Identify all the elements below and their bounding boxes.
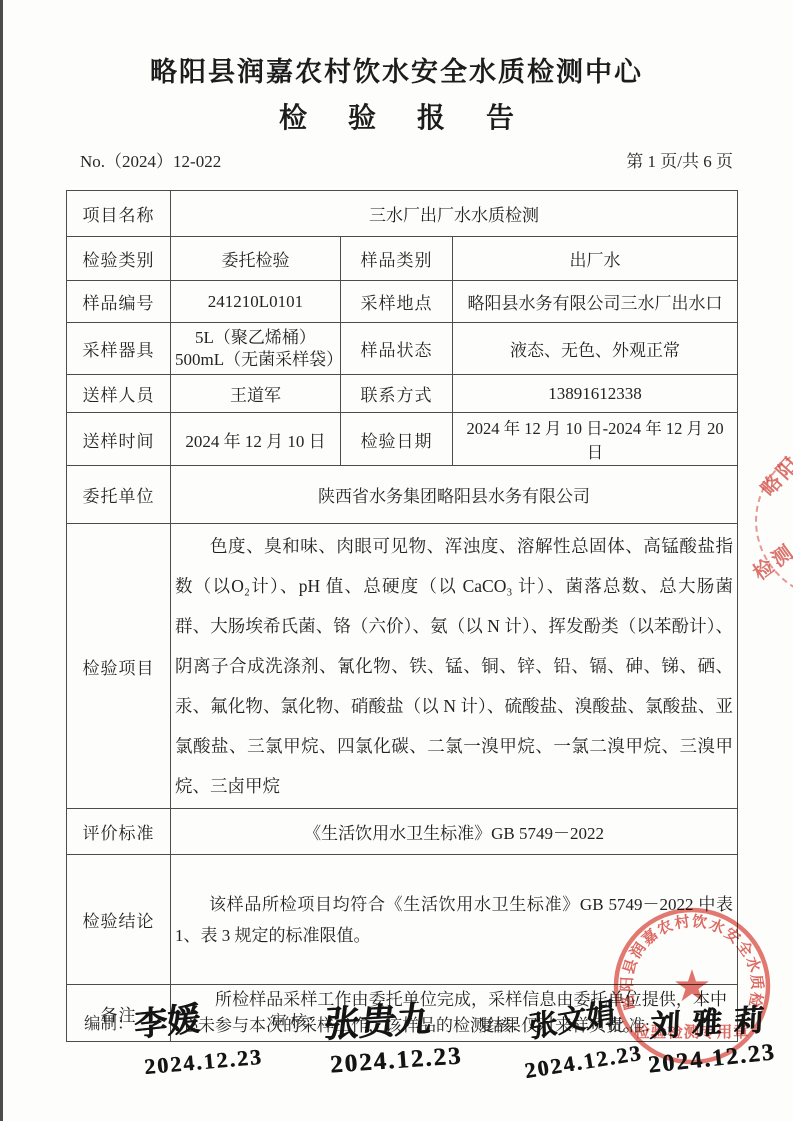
conclusion-value: 该样品所检项目均符合《生活饮用水卫生标准》GB 5749－2022 中表 1、表… — [175, 889, 733, 951]
table-row: 送样人员 王道军 联系方式 13891612338 — [67, 375, 738, 413]
org-title: 略阳县润嘉农村饮水安全水质检测中心 — [0, 50, 793, 89]
contact-value: 13891612338 — [453, 375, 738, 413]
table-row: 样品编号 241210L0101 采样地点 略阳县水务有限公司三水厂出水口 — [67, 281, 738, 323]
sample-sender-label: 送样人员 — [67, 375, 171, 413]
sample-type-value: 出厂水 — [453, 237, 738, 281]
client-value: 陕西省水务集团略阳县水务有限公司 — [171, 466, 738, 524]
inspection-items-value: 色度、臭和味、肉眼可见物、浑浊度、溶解性总固体、高锰酸盐指数（以O₂计）、pH … — [175, 526, 733, 806]
sample-sender-value: 王道军 — [171, 375, 341, 413]
sample-type-label: 样品类别 — [341, 237, 453, 281]
contact-label: 联系方式 — [341, 375, 453, 413]
table-row: 评价标准 《生活饮用水卫生标准》GB 5749－2022 — [67, 809, 738, 855]
client-label: 委托单位 — [67, 466, 171, 524]
scan-edge-shadow — [0, 0, 3, 1121]
reviewed-date: 2024.12.23 — [329, 1042, 463, 1079]
report-page: 略阳县润嘉农村饮水安全水质检测中心 检 验 报 告 No.（2024）12-02… — [0, 0, 793, 1121]
conclusion-cell: 该样品所检项目均符合《生活饮用水卫生标准》GB 5749－2022 中表 1、表… — [171, 855, 738, 985]
report-table: 项目名称 三水厂出厂水水质检测 检验类别 委托检验 样品类别 出厂水 样品编号 … — [66, 190, 738, 1042]
edge-stamp-text-bottom: 检测 — [746, 535, 793, 585]
signature-reviewed: 审 核： 张贵九 2024.12.23 — [270, 994, 462, 1075]
sampling-location-value: 略阳县水务有限公司三水厂出水口 — [453, 281, 738, 323]
table-row: 检验类别 委托检验 样品类别 出厂水 — [67, 237, 738, 281]
conclusion-label: 检验结论 — [67, 855, 171, 985]
table-row: 委托单位 陕西省水务集团略阳县水务有限公司 — [67, 466, 738, 524]
inspection-items-cell: 色度、臭和味、肉眼可见物、浑浊度、溶解性总固体、高锰酸盐指数（以O₂计）、pH … — [171, 524, 738, 809]
edge-stamp-fragment: 略阳 检测 — [746, 438, 793, 610]
sample-no-label: 样品编号 — [67, 281, 171, 323]
table-row: 采样器具 5L（聚乙烯桶） 500mL（无菌采样袋） 样品状态 液态、无色、外观… — [67, 323, 738, 375]
sample-no-value: 241210L0101 — [171, 281, 341, 323]
table-row: 项目名称 三水厂出厂水水质检测 — [67, 191, 738, 237]
inspection-type-value: 委托检验 — [171, 237, 341, 281]
inspection-items-label: 检验项目 — [67, 524, 171, 809]
table-row: 检验结论 该样品所检项目均符合《生活饮用水卫生标准》GB 5749－2022 中… — [67, 855, 738, 985]
table-row: 送样时间 2024 年 12 月 10 日 检验日期 2024 年 12 月 1… — [67, 413, 738, 466]
page-indicator: 第 1 页/共 6 页 — [626, 147, 733, 172]
approved-date: 2024.12.23 — [647, 1039, 777, 1079]
verified-signature: 张文娟 — [527, 990, 614, 1046]
evaluation-standard-label: 评价标准 — [67, 809, 171, 855]
container-line-2: 500mL（无菌采样袋） — [175, 349, 336, 371]
inspection-type-label: 检验类别 — [67, 237, 171, 281]
sampling-location-label: 采样地点 — [341, 281, 453, 323]
sampling-container-label: 采样器具 — [67, 323, 171, 375]
inspection-date-value: 2024 年 12 月 10 日-2024 年 12 月 20 日 — [453, 413, 738, 466]
meta-row: No.（2024）12-022 第 1 页/共 6 页 — [80, 147, 733, 172]
evaluation-standard-value: 《生活饮用水卫生标准》GB 5749－2022 — [171, 809, 738, 855]
container-line-1: 5L（聚乙烯桶） — [175, 327, 336, 349]
sending-time-label: 送样时间 — [67, 413, 171, 466]
project-name-label: 项目名称 — [67, 191, 171, 237]
signature-approved: 批 准: 刘雅莉 2024.12.23 — [608, 998, 776, 1073]
approved-signature: 刘雅莉 — [649, 995, 777, 1046]
sample-status-value: 液态、无色、外观正常 — [453, 323, 738, 375]
project-name-value: 三水厂出厂水水质检测 — [171, 191, 738, 237]
report-title: 检 验 报 告 — [0, 96, 793, 136]
inspection-date-label: 检验日期 — [341, 413, 453, 466]
sampling-container-value: 5L（聚乙烯桶） 500mL（无菌采样袋） — [171, 323, 341, 375]
approved-label: 批 准: — [608, 998, 650, 1036]
signature-prepared: 编制： 李媛 2024.12.23 — [84, 996, 263, 1075]
prepared-signature: 李媛 — [133, 992, 199, 1046]
sample-status-label: 样品状态 — [341, 323, 453, 375]
verified-label: 复核： — [478, 998, 528, 1036]
reviewed-signature: 张贵九 — [321, 991, 435, 1048]
report-number: No.（2024）12-022 — [80, 147, 221, 172]
reviewed-label: 审 核： — [270, 994, 324, 1032]
prepared-date: 2024.12.23 — [143, 1044, 264, 1080]
edge-stamp-arc — [755, 440, 793, 602]
prepared-label: 编制： — [84, 996, 134, 1034]
signature-row: 编制： 李媛 2024.12.23 审 核： 张贵九 2024.12.23 复核… — [0, 988, 793, 1088]
table-row: 检验项目 色度、臭和味、肉眼可见物、浑浊度、溶解性总固体、高锰酸盐指数（以O₂计… — [67, 524, 738, 809]
edge-stamp-text-top: 略阳 — [753, 448, 793, 502]
sending-time-value: 2024 年 12 月 10 日 — [171, 413, 341, 466]
